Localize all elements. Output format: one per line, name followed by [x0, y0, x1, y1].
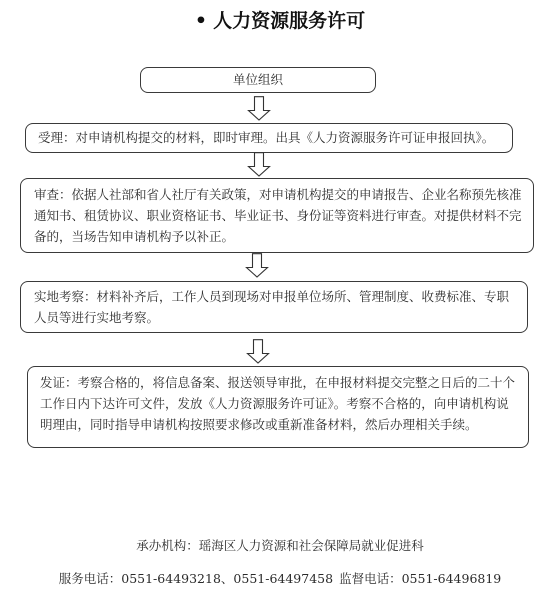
handling-organization-text: 承办机构：瑶海区人力资源和社会保障局就业促进科 — [136, 538, 424, 553]
step-review-box: 审查：依据人社部和省人社厅有关政策，对申请机构提交的申请报告、企业名称预先核准通… — [20, 178, 534, 253]
step-inspect-text: 实地考察：材料补齐后，工作人员到现场对申报单位场所、管理制度、收费标准、专职人员… — [34, 289, 509, 325]
down-arrow-icon — [245, 253, 269, 278]
down-arrow-icon — [246, 339, 270, 364]
service-phone-label: 服务电话： — [59, 571, 122, 586]
supervise-phone-label: 监督电话： — [339, 571, 402, 586]
service-phone-numbers: 0551-64493218、0551-64497458 — [121, 571, 333, 586]
title-text: 人力资源服务许可 — [213, 10, 365, 32]
flow-start-label: 单位组织 — [233, 72, 283, 87]
step-accept-box: 受理：对申请机构提交的材料，即时审理。出具《人力资源服务许可证申报回执》。 — [25, 123, 513, 153]
supervise-phone-number: 0551-64496819 — [402, 571, 502, 586]
handling-organization: 承办机构：瑶海区人力资源和社会保障局就业促进科 — [0, 537, 560, 555]
contact-phones: 服务电话：0551-64493218、0551-64497458监督电话：055… — [0, 570, 560, 588]
down-arrow-icon — [247, 96, 271, 121]
step-issue-text: 发证：考察合格的，将信息备案、报送领导审批，在申报材料提交完整之日后的二十个工作… — [40, 375, 515, 432]
page-title: •人力资源服务许可 — [0, 7, 560, 35]
step-issue-box: 发证：考察合格的，将信息备案、报送领导审批，在申报材料提交完整之日后的二十个工作… — [27, 366, 529, 448]
bullet-icon: • — [195, 7, 207, 35]
step-inspect-box: 实地考察：材料补齐后，工作人员到现场对申报单位场所、管理制度、收费标准、专职人员… — [20, 281, 528, 333]
step-review-text: 审查：依据人社部和省人社厅有关政策，对申请机构提交的申请报告、企业名称预先核准通… — [34, 187, 522, 244]
step-accept-text: 受理：对申请机构提交的材料，即时审理。出具《人力资源服务许可证申报回执》。 — [38, 130, 494, 145]
flow-start-box: 单位组织 — [140, 67, 376, 93]
down-arrow-icon — [247, 152, 271, 177]
